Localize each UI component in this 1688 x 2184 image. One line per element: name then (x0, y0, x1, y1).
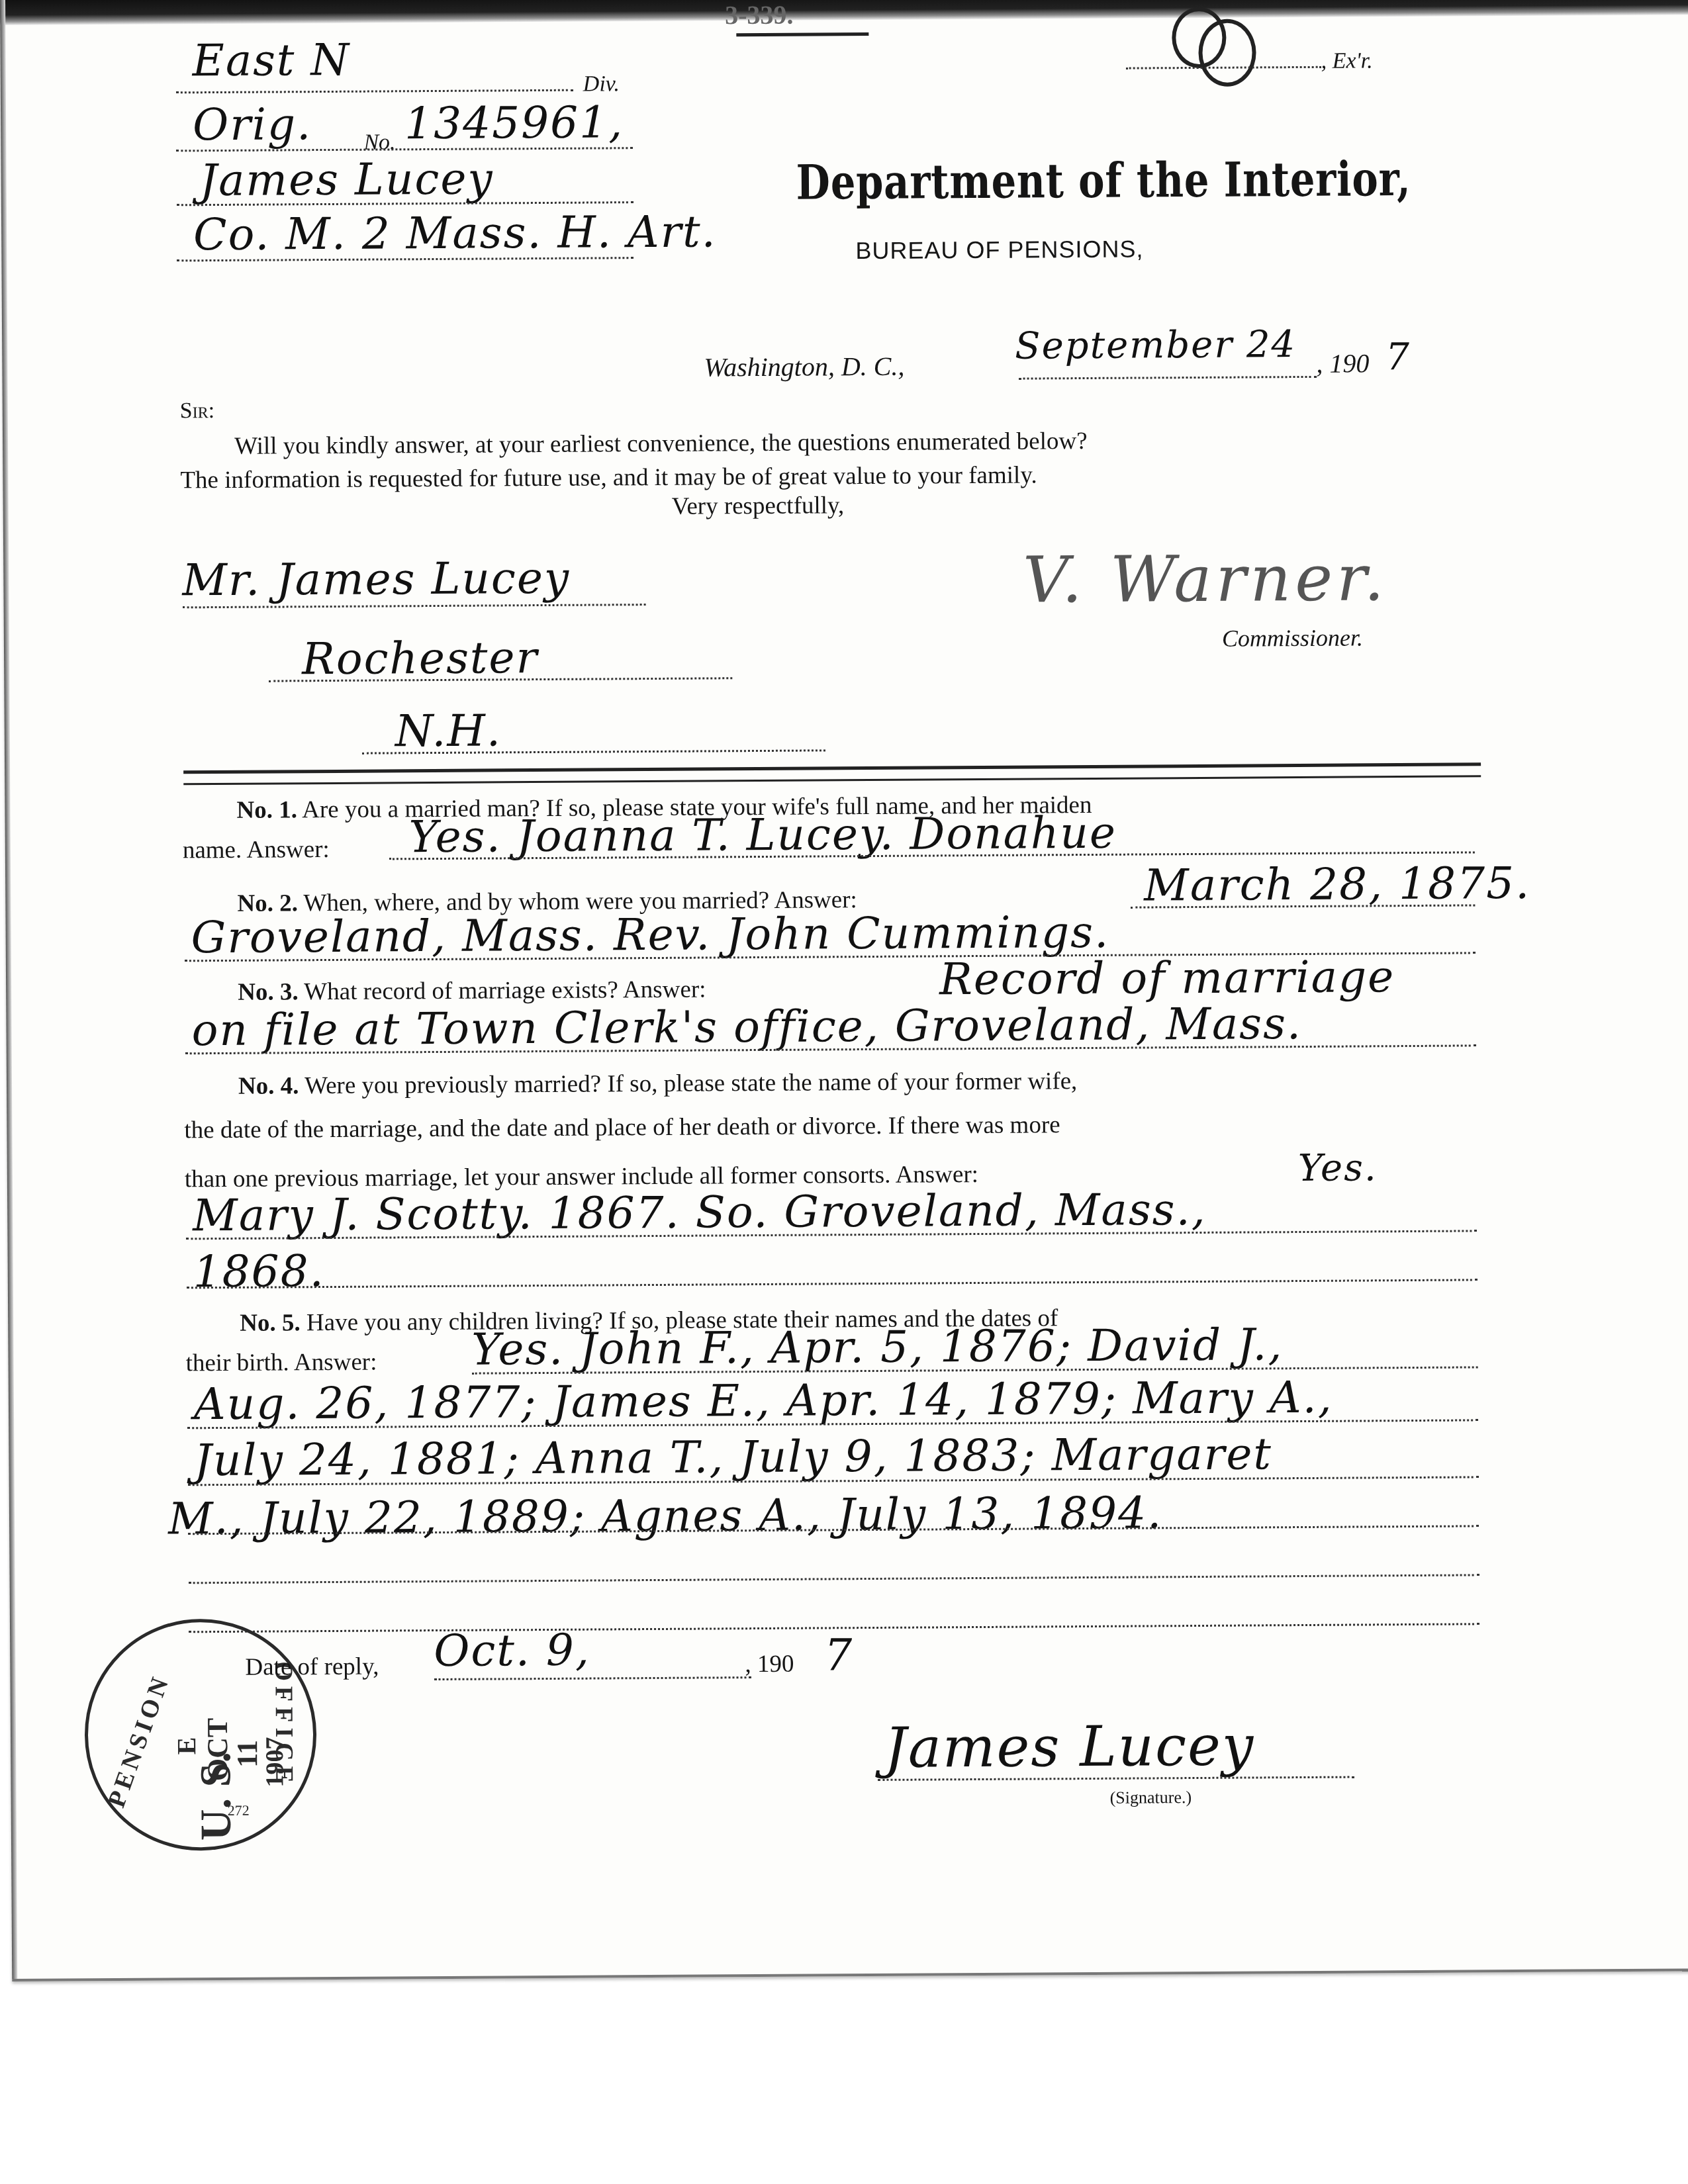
page-left-edge (0, 0, 17, 1979)
question-3-number: No. 3. (238, 978, 299, 1006)
question-5-text-2: their birth. Answer: (185, 1348, 377, 1378)
claimant-signature[interactable]: James Lucey (884, 1713, 1255, 1780)
form-number-rule (736, 32, 868, 36)
reply-date-label: Date of reply, (245, 1653, 379, 1682)
question-5-answer-line-4 (189, 1574, 1479, 1584)
claim-prefix-handwritten: Orig. (193, 99, 312, 150)
examiner-label: , Ex'r. (1321, 48, 1372, 73)
reply-date-line (434, 1676, 752, 1680)
dateline-date-line (1019, 376, 1317, 380)
service-handwritten: Co. M. 2 Mass. H. Art. (193, 206, 717, 260)
stamp-top-arc: PENSION (102, 1670, 176, 1811)
closing: Very respectfully, (672, 491, 845, 521)
question-3-text-1: What record of marriage exists? Answer: (304, 976, 706, 1006)
question-4-answer-2[interactable]: 1868. (193, 1246, 325, 1297)
division-handwritten: East N (192, 34, 350, 86)
addressee-line-2: Rochester (302, 632, 538, 684)
reply-year-suffix-handwritten: 7 (824, 1629, 853, 1680)
reply-date-handwritten[interactable]: Oct. 9, (434, 1625, 590, 1676)
question-1-number: No. 1. (236, 796, 297, 824)
question-5-number: No. 5. (240, 1309, 301, 1337)
pension-questionnaire-page: 3-339. East N Div. Orig. No. 1345961, Ja… (0, 0, 1688, 1981)
division-label: Div. (583, 71, 620, 97)
question-5-answer-2[interactable]: July 24, 1881; Anna T., July 9, 1883; Ma… (194, 1428, 1272, 1486)
dateline-date-handwritten: September 24 (1015, 323, 1296, 368)
commissioner-signature: V. Warner. (1023, 541, 1388, 617)
reply-year-prefix: , 190 (745, 1650, 794, 1678)
question-4-text-2: the date of the marriage, and the date a… (184, 1111, 1060, 1144)
body-line-1: Will you kindly answer, at your earliest… (234, 427, 1088, 461)
signature-label: (Signature.) (1110, 1788, 1192, 1808)
commissioner-label: Commissioner. (1222, 623, 1363, 652)
dateline-year-prefix: , 190 (1316, 347, 1369, 379)
question-4-answer-line-2 (187, 1279, 1477, 1289)
claim-number-label: No. (363, 130, 395, 155)
question-5-answer-3[interactable]: M., July 22, 1889; Agnes A., July 13, 18… (168, 1487, 1163, 1544)
section-divider (183, 762, 1481, 785)
claimant-name-handwritten: James Lucey (199, 153, 493, 206)
question-4-text-1: Were you previously married? If so, plea… (305, 1068, 1077, 1099)
claim-number-handwritten: 1345961, (404, 97, 624, 149)
question-2-answer-inline[interactable]: March 28, 1875. (1144, 858, 1530, 911)
question-4-number: No. 4. (238, 1072, 299, 1100)
addressee-line-3: N.H. (395, 705, 502, 756)
division-line (176, 89, 573, 94)
salutation: Sir: (180, 398, 215, 424)
question-3-answer-inline[interactable]: Record of marriage (939, 951, 1395, 1005)
stamp-code: 272 (228, 1802, 250, 1819)
dateline-place: Washington, D. C., (704, 351, 904, 383)
body-line-2: The information is requested for future … (180, 461, 1037, 494)
bureau-subtitle: BUREAU OF PENSIONS, (855, 235, 1143, 265)
form-number: 3-339. (725, 0, 794, 30)
question-1-text-2: name. Answer: (183, 835, 330, 864)
question-5-answer-inline[interactable]: Yes. John F., Apr. 5, 1876; David J., (471, 1319, 1283, 1375)
dateline-year-suffix-handwritten: 7 (1385, 336, 1411, 379)
stamp-bottom: U. S. (191, 1752, 242, 1841)
question-4-answer-inline[interactable]: Yes. (1298, 1146, 1378, 1190)
stamp-year: 1907 (260, 1737, 289, 1787)
department-title: Department of the Interior, (796, 151, 1285, 210)
addressee-line-1: Mr. James Lucey (182, 553, 570, 606)
scanner-shadow-band (0, 0, 1688, 25)
